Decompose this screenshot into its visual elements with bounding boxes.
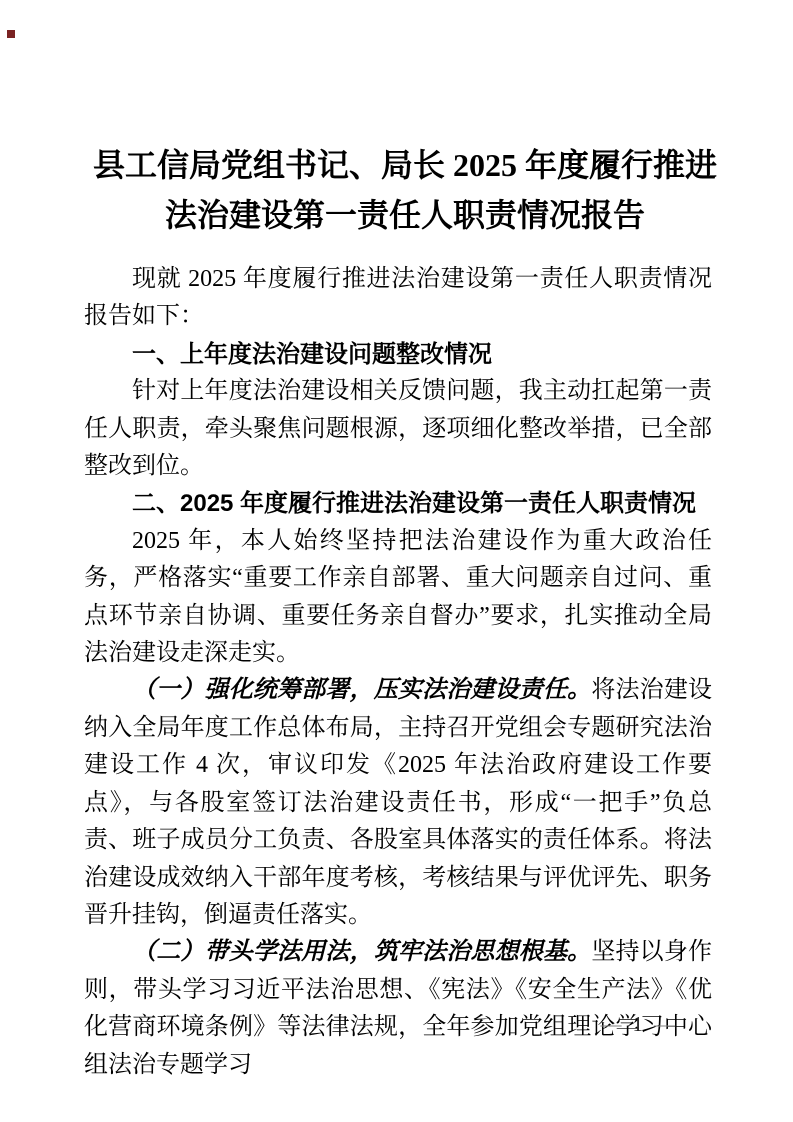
- footer-dash-right: —: [654, 1012, 675, 1036]
- section-heading-1: 一、上年度法治建设问题整改情况: [84, 336, 712, 373]
- document-content: 县工信局党组书记、局长 2025 年度履行推进法治建设第一责任人职责情况报告 现…: [84, 140, 712, 1084]
- corner-mark: [7, 30, 15, 38]
- section-heading-2: 二、2025 年度履行推进法治建设第一责任人职责情况: [84, 485, 712, 522]
- intro-paragraph: 现就 2025 年度履行推进法治建设第一责任人职责情况报告如下：: [84, 261, 712, 336]
- subsection-1-lead: （一）强化统筹部署，压实法治建设责任。: [132, 677, 591, 703]
- document-page: 县工信局党组书记、局长 2025 年度履行推进法治建设第一责任人职责情况报告 现…: [0, 0, 793, 1122]
- page-number: 1: [633, 1012, 644, 1036]
- subsection-2-lead: （二）带头学法用法，筑牢法治思想根基。: [132, 939, 591, 965]
- page-footer: —1—: [601, 1012, 676, 1036]
- subsection-1-text: 将法治建设纳入全局年度工作总体布局，主持召开党组会专题研究法治建设工作 4 次，…: [84, 677, 712, 927]
- paragraph-overview: 2025 年，本人始终坚持把法治建设作为重大政治任务，严格落实“重要工作亲自部署…: [84, 523, 712, 673]
- paragraph-subsection-1: （一）强化统筹部署，压实法治建设责任。将法治建设纳入全局年度工作总体布局，主持召…: [84, 672, 712, 934]
- paragraph-subsection-2: （二）带头学法用法，筑牢法治思想根基。坚持以身作则，带头学习习近平法治思想、《宪…: [84, 934, 712, 1084]
- paragraph-rectification: 针对上年度法治建设相关反馈问题，我主动扛起第一责任人职责，牵头聚焦问题根源，逐项…: [84, 373, 712, 485]
- document-title: 县工信局党组书记、局长 2025 年度履行推进法治建设第一责任人职责情况报告: [84, 140, 726, 240]
- footer-dash-left: —: [601, 1012, 622, 1036]
